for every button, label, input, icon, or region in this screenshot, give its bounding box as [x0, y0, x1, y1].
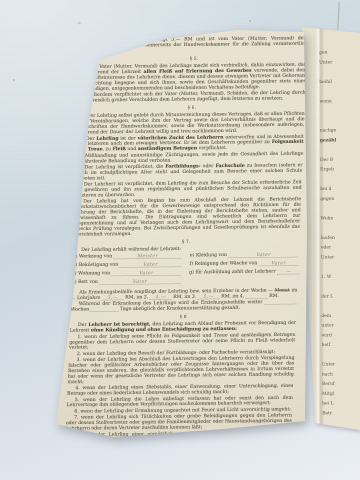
- form-label: c) Wohnung von: [72, 271, 110, 277]
- dust-speck: [78, 22, 81, 24]
- form-label: f) Reinigung der Wäsche von: [189, 261, 257, 267]
- paragraph: 3. wenn der Lehrling bei Abschluß des Le…: [67, 355, 294, 385]
- form-fill-line: [91, 307, 119, 312]
- paragraph: 8. wenn der Lehrling einer vorsätzlichen…: [65, 430, 291, 443]
- handwritten-value: Meister: [137, 253, 158, 259]
- text-run: RM, im 4.: [220, 293, 246, 299]
- text-run: Der Lehrling selbst gelobt durch Mitunte…: [78, 111, 305, 135]
- paragraph: Die Einschreibegebühr beträgt 3.— RM und…: [81, 36, 308, 55]
- text-run: und: [77, 147, 88, 153]
- text-run: 1. wenn der Lehrling seine Pflicht zu Fo…: [69, 332, 296, 351]
- form-fill-line: 4.—: [150, 294, 172, 299]
- text-run: 7. wenn der Lehrling sich Tätlichkeiten …: [66, 412, 293, 431]
- form-row: f) Reinigung der Wäsche vonVater: [189, 260, 298, 267]
- handwritten-value: Vater: [256, 252, 271, 258]
- handwritten-value: 5.—: [203, 293, 214, 299]
- dust-speck: [13, 79, 15, 81]
- dust-speck: [249, 20, 251, 22]
- paragraph: Der Vater (Mutter, Vormund) des Lehrling…: [80, 62, 307, 92]
- form-row: d) Bett vonVater: [72, 278, 181, 285]
- text-run: Tage abzüglich der Krankenunterstützung …: [119, 305, 241, 312]
- emphasized-text: Treue: [88, 146, 103, 152]
- text-run: RM.: [268, 293, 279, 299]
- form-fill-line: 5.—: [198, 294, 220, 299]
- form-fill-line: —: [277, 269, 300, 274]
- benefits-form: a) Werkzeug vonMeisterb) Beköstigung von…: [72, 252, 299, 288]
- text-run: RM, im 2.: [124, 294, 150, 300]
- paragraph: Außerdem verpflichtet sich der Vater (Mu…: [79, 90, 305, 103]
- paragraph: 1. wenn der Lehrling seine Pflicht zu Fo…: [69, 332, 296, 351]
- benefits-form-column: a) Werkzeug vonMeisterb) Beköstigung von…: [72, 253, 182, 288]
- handwritten-value: 3.—: [107, 294, 118, 300]
- form-row: b) Beköstigung vonVater: [72, 261, 181, 268]
- text-run: 8. wenn der Lehrling einer vorsätzlichen…: [65, 430, 291, 443]
- emphasized-text: Fleiß: [112, 146, 126, 152]
- handwritten-value: —: [286, 269, 291, 275]
- paragraph: Während der Erkrankung des Lehrlings wir…: [70, 299, 296, 312]
- text-run: 3. wenn der Lehrling bei Abschluß des Le…: [67, 355, 294, 385]
- form-fill-line: Vater: [119, 262, 181, 268]
- handwritten-value: [280, 299, 282, 305]
- paragraph: Der Lehrling ist der väterlichen Zucht d…: [77, 134, 304, 153]
- handwritten-value: Vater: [133, 279, 148, 285]
- form-row: g) für Ausbildung zahlt der Lehrherr—: [189, 269, 298, 276]
- form-fill-line: [246, 293, 268, 298]
- text-run: und: [126, 146, 138, 152]
- form-fill-line: Meister: [114, 253, 182, 259]
- handwritten-value: Vater: [271, 260, 286, 266]
- text-run: Wochen: [71, 306, 91, 312]
- form-fill-line: 3.—: [102, 295, 124, 300]
- document-page-1: Die Einschreibegebühr beträgt 3.— RM und…: [0, 0, 360, 480]
- handwritten-value: [256, 293, 258, 299]
- text-run: Die Einschreibegebühr beträgt 3.— RM und…: [81, 35, 308, 54]
- document-body: Die Einschreibegebühr beträgt 3.— RM und…: [65, 36, 308, 444]
- text-run: Der Lehrling hat vom Beginn bis zum Absc…: [74, 196, 302, 237]
- form-row: e) Kleidung vonVater: [190, 252, 299, 259]
- form-fill-line: Vater: [112, 270, 182, 276]
- photo-background: genUnter beihil wenn nachgegezähl Der BE…: [0, 0, 360, 480]
- handwritten-value: [104, 306, 106, 312]
- text-run: verpflichtet.: [197, 145, 227, 151]
- form-fill-line: Vater: [259, 261, 299, 266]
- form-label: a) Werkzeug von: [73, 254, 113, 260]
- handwritten-value: Vater: [143, 262, 158, 268]
- paragraph: Der Lehrling selbst gelobt durch Mitunte…: [78, 111, 305, 135]
- text-run: Der Lehrherr ist verpflichtet, dem Lehrl…: [75, 179, 302, 198]
- text-run: Der Lehrling erhält während der Lehrzeit…: [81, 246, 181, 253]
- handwritten-value: Vater: [139, 270, 154, 276]
- form-fill-line: Vater: [228, 252, 299, 258]
- form-label: b) Beköstigung von: [72, 262, 118, 268]
- benefits-form-column: e) Kleidung vonVaterf) Reinigung der Wäs…: [189, 252, 299, 287]
- form-row: c) Wohnung vonVater: [72, 270, 181, 277]
- form-fill-line: [265, 299, 297, 304]
- emphasized-text: Folgsamkeit: [272, 139, 304, 145]
- paragraph: 7. wenn der Lehrling sich Tätlichkeiten …: [65, 413, 292, 432]
- text-run: RM, im 3.: [172, 294, 198, 300]
- form-label: e) Kleidung von: [190, 253, 227, 259]
- text-run: , zu: [103, 146, 113, 152]
- form-row: a) Werkzeug vonMeister: [73, 253, 182, 260]
- paragraph: Der Lehrling hat vom Beginn bis zum Absc…: [74, 197, 302, 238]
- paragraph: Der Lehrling ist verpflichtet, die Fortb…: [76, 163, 303, 182]
- form-label: g) für Ausbildung zahlt der Lehrherr: [189, 269, 276, 275]
- text-run: Außerdem verpflichtet sich der Vater (Mu…: [79, 90, 305, 103]
- paragraph: Der Lehrherr ist verpflichtet, dem Lehrl…: [75, 180, 302, 199]
- form-fill-line: Vater: [99, 279, 181, 285]
- form-label: d) Bett von: [72, 279, 98, 285]
- handwritten-value: 4.—: [155, 294, 166, 300]
- page1-wrapper: Die Einschreibegebühr beträgt 3.— RM und…: [0, 0, 360, 480]
- emphasized-text: anständigem Betragen: [138, 145, 198, 151]
